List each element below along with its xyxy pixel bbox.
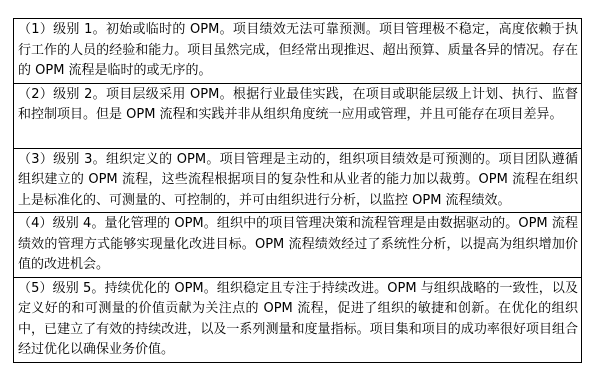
table-row-level-1: （1）级别 1。初始或临时的 OPM。项目绩效无法可靠预测。项目管理极不稳定，高… [14,19,582,84]
level-3-description: （3）级别 3。组织定义的 OPM。项目管理是主动的，组织项目绩效是可预测的。项… [14,148,582,213]
table-row-level-5: （5）级别 5。持续优化的 OPM。组织稳定且专注于持续改进。OPM 与组织战略… [14,277,582,362]
level-2-description: （2）级别 2。项目层级采用 OPM。根据行业最佳实践，在项目或职能层级上计划、… [14,83,582,148]
table-row-level-4: （4）级别 4。量化管理的 OPM。组织中的项目管理决策和流程管理是由数据驱动的… [14,213,582,278]
table-row-level-3: （3）级别 3。组织定义的 OPM。项目管理是主动的，组织项目绩效是可预测的。项… [14,148,582,213]
level-1-description: （1）级别 1。初始或临时的 OPM。项目绩效无法可靠预测。项目管理极不稳定，高… [14,19,582,84]
opm-maturity-levels-table: （1）级别 1。初始或临时的 OPM。项目绩效无法可靠预测。项目管理极不稳定，高… [13,18,582,363]
level-5-description: （5）级别 5。持续优化的 OPM。组织稳定且专注于持续改进。OPM 与组织战略… [14,277,582,362]
level-4-description: （4）级别 4。量化管理的 OPM。组织中的项目管理决策和流程管理是由数据驱动的… [14,213,582,278]
table-row-level-2: （2）级别 2。项目层级采用 OPM。根据行业最佳实践，在项目或职能层级上计划、… [14,83,582,148]
